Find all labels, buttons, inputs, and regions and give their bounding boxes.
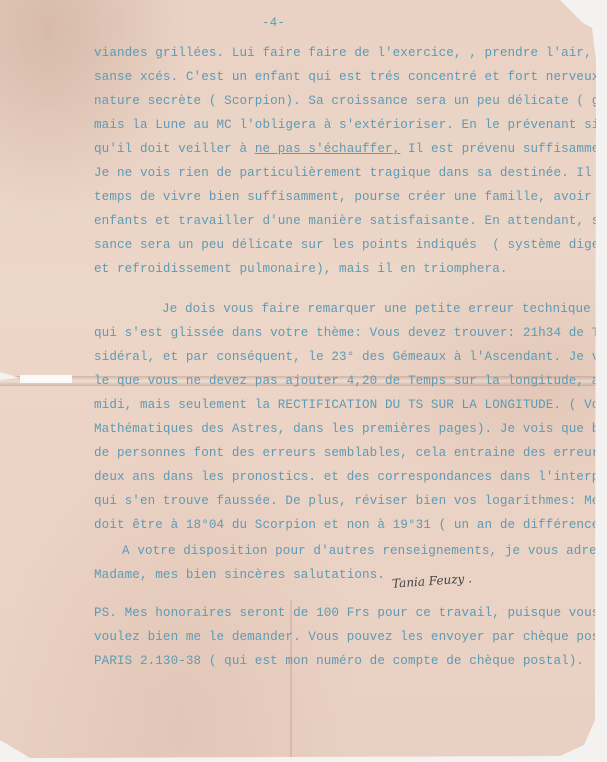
text-line: qui s'est glissée dans votre thème: Vous… [94, 326, 600, 340]
text-line: sance sera un peu délicate sur les point… [94, 238, 600, 252]
text-line: qu'il doit veiller à ne pas s'échauffer,… [94, 142, 600, 156]
text-line: de personnes font des erreurs semblables… [94, 446, 600, 460]
text-line: et refroidissement pulmonaire), mais il … [94, 262, 508, 276]
text-line: enfants et travailler d'une manière sati… [94, 214, 600, 228]
postscript-line: PS. Mes honoraires seront de 100 Frs pou… [94, 606, 599, 620]
text-line: le que vous ne devez pas ajouter 4,20 de… [94, 374, 600, 388]
text-segment: qu'il doit veiller à [94, 142, 255, 156]
postscript-line: voulez bien me le demander. Vous pouvez … [94, 630, 600, 644]
text-line: nature secrète ( Scorpion). Sa croissanc… [94, 94, 600, 108]
text-line: deux ans dans les pronostics. et des cor… [94, 470, 600, 484]
text-line: Je ne vois rien de particulièrement trag… [94, 166, 600, 180]
postscript-line: PARIS 2.130-38 ( qui est mon numéro de c… [94, 654, 584, 668]
text-line: viandes grillées. Lui faire faire de l'e… [94, 46, 600, 60]
text-line: qui s'en trouve faussée. De plus, révise… [94, 494, 600, 508]
text-line: Mathématiques des Astres, dans les premi… [94, 422, 600, 436]
text-line: mais la Lune au MC l'obligera à s'extéri… [94, 118, 600, 132]
underlined-phrase: ne pas s'échauffer, [255, 142, 401, 156]
text-line: Madame, mes bien sincères salutations. [94, 568, 385, 582]
text-line: midi, mais seulement la RECTIFICATION DU… [94, 398, 600, 412]
text-line: sanse xcés. C'est un enfant qui est trés… [94, 70, 600, 84]
text-segment: Il est prévenu suffisamment. [400, 142, 600, 156]
text-line: temps de vivre bien suffisamment, pourse… [94, 190, 600, 204]
text-line: Je dois vous faire remarquer une petite … [162, 302, 591, 316]
typed-text: -4- viandes grillées. Lui faire faire de… [0, 0, 600, 758]
page-number: -4- [262, 16, 285, 30]
text-line: sidéral, et par conséquent, le 23° des G… [94, 350, 600, 364]
text-line: A votre disposition pour d'autres rensei… [122, 544, 600, 558]
letter-page: -4- viandes grillées. Lui faire faire de… [0, 0, 600, 758]
text-line: doit être à 18°04 du Scorpion et non à 1… [94, 518, 600, 532]
